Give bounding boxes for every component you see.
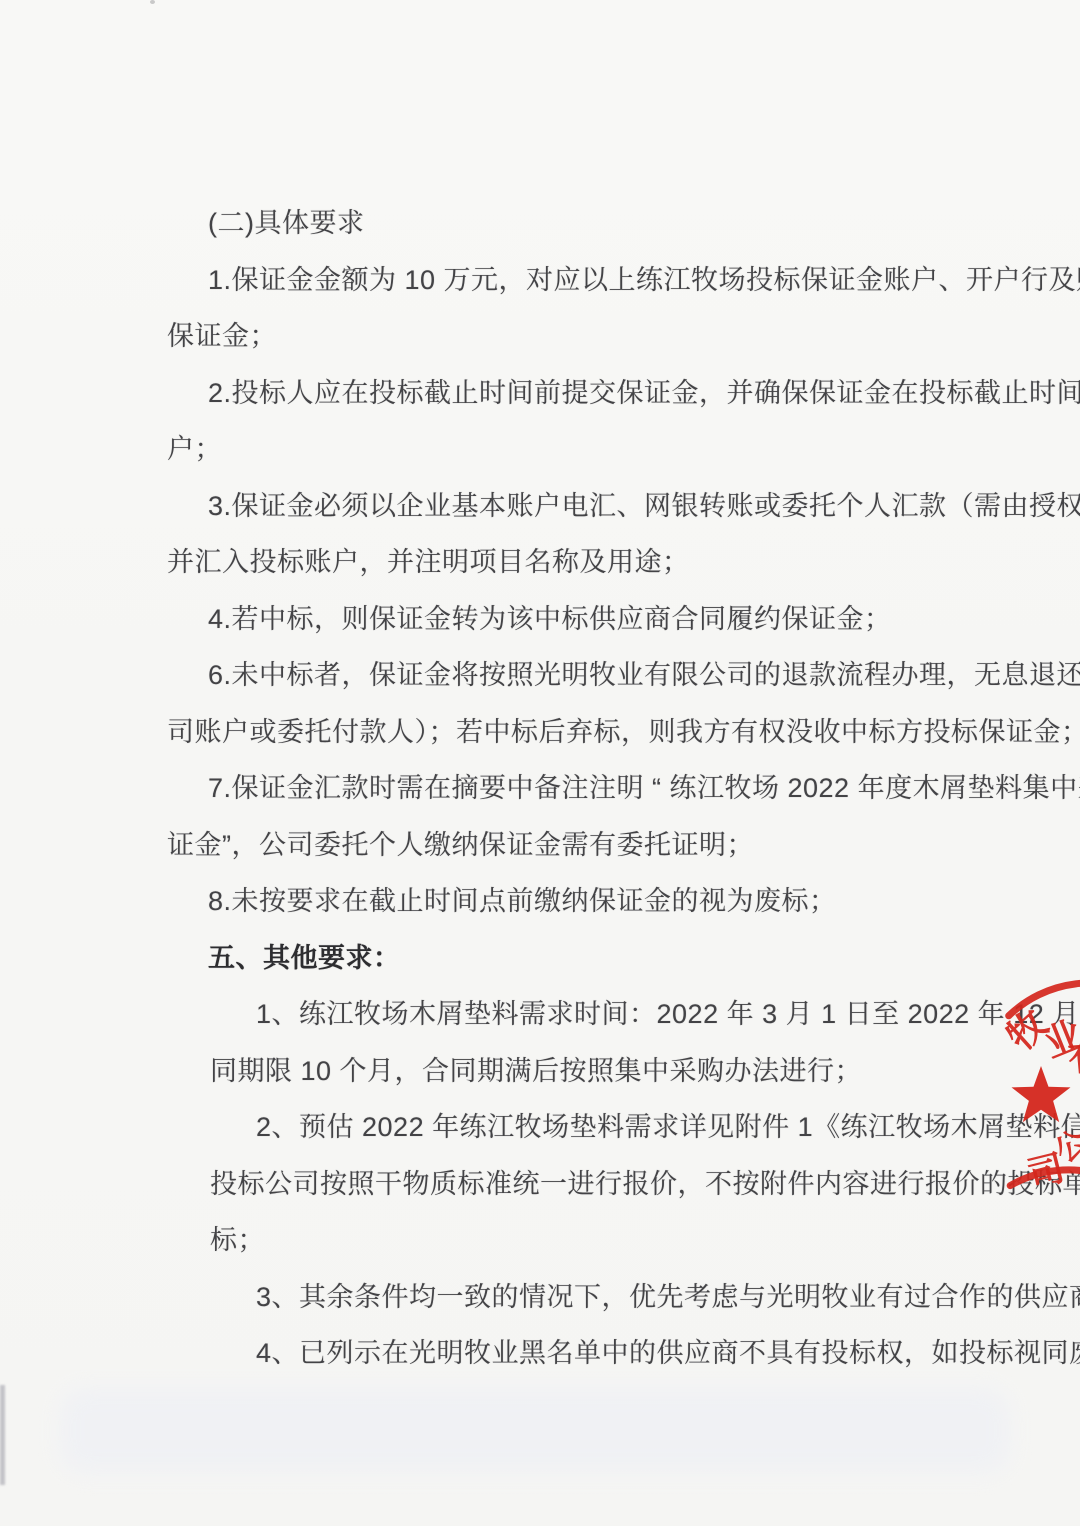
doc-line: 司账户或委托付款人）；若中标后弃标，则我方有权没收中标方投标保证金；: [0, 704, 1080, 761]
doc-line: 4.若中标，则保证金转为该中标供应商合同履约保证金；: [0, 591, 1080, 648]
doc-line: (二)具体要求: [0, 195, 1080, 252]
doc-line: 3.保证金必须以企业基本账户电汇、网银转账或委托个人汇款（需由授权委托书），: [0, 478, 1080, 535]
scan-artifact: [0, 1385, 5, 1485]
scan-artifact: [150, 0, 155, 4]
doc-line: 并汇入投标账户，并注明项目名称及用途；: [0, 534, 1080, 591]
doc-line: 户；: [0, 421, 1080, 478]
doc-line: 2.投标人应在投标截止时间前提交保证金，并确保保证金在投标截止时间前到投标账: [0, 365, 1080, 422]
doc-line: 2、预估 2022 年练江牧场垫料需求详见附件 1《练江牧场木屑垫料信息表》，各: [0, 1099, 1080, 1156]
doc-line: 1、练江牧场木屑垫料需求时间：2022 年 3 月 1 日至 2022 年 12…: [0, 986, 1080, 1043]
doc-line: 1.保证金金额为 10 万元，对应以上练江牧场投标保证金账户、开户行及账号缴纳投…: [0, 252, 1080, 309]
document-body: (二)具体要求 1.保证金金额为 10 万元，对应以上练江牧场投标保证金账户、开…: [0, 0, 1080, 1382]
doc-line: 4、已列示在光明牧业黑名单中的供应商不具有投标权，如投标视同废标；: [0, 1325, 1080, 1382]
doc-line: 保证金；: [0, 308, 1080, 365]
doc-line: 8.未按要求在截止时间点前缴纳保证金的视为废标；: [0, 873, 1080, 930]
section-heading: 五、其他要求：: [0, 930, 1080, 987]
doc-line: 证金”，公司委托个人缴纳保证金需有委托证明；: [0, 817, 1080, 874]
doc-line: 7.保证金汇款时需在摘要中备注注明 “ 练江牧场 2022 年度木屑垫料集中采购…: [0, 760, 1080, 817]
doc-line: 6.未中标者，保证金将按照光明牧业有限公司的退款流程办理，无息退还给投标方（公: [0, 647, 1080, 704]
doc-line: 标；: [0, 1212, 1080, 1269]
doc-line: 同期限 10 个月，合同期满后按照集中采购办法进行；: [0, 1043, 1080, 1100]
doc-line: 投标公司按照干物质标准统一进行报价，不按附件内容进行报价的投标单位将视为废: [0, 1156, 1080, 1213]
scan-artifact: [60, 1388, 1010, 1473]
doc-line: 3、其余条件均一致的情况下，优先考虑与光明牧业有过合作的供应商；: [0, 1269, 1080, 1326]
